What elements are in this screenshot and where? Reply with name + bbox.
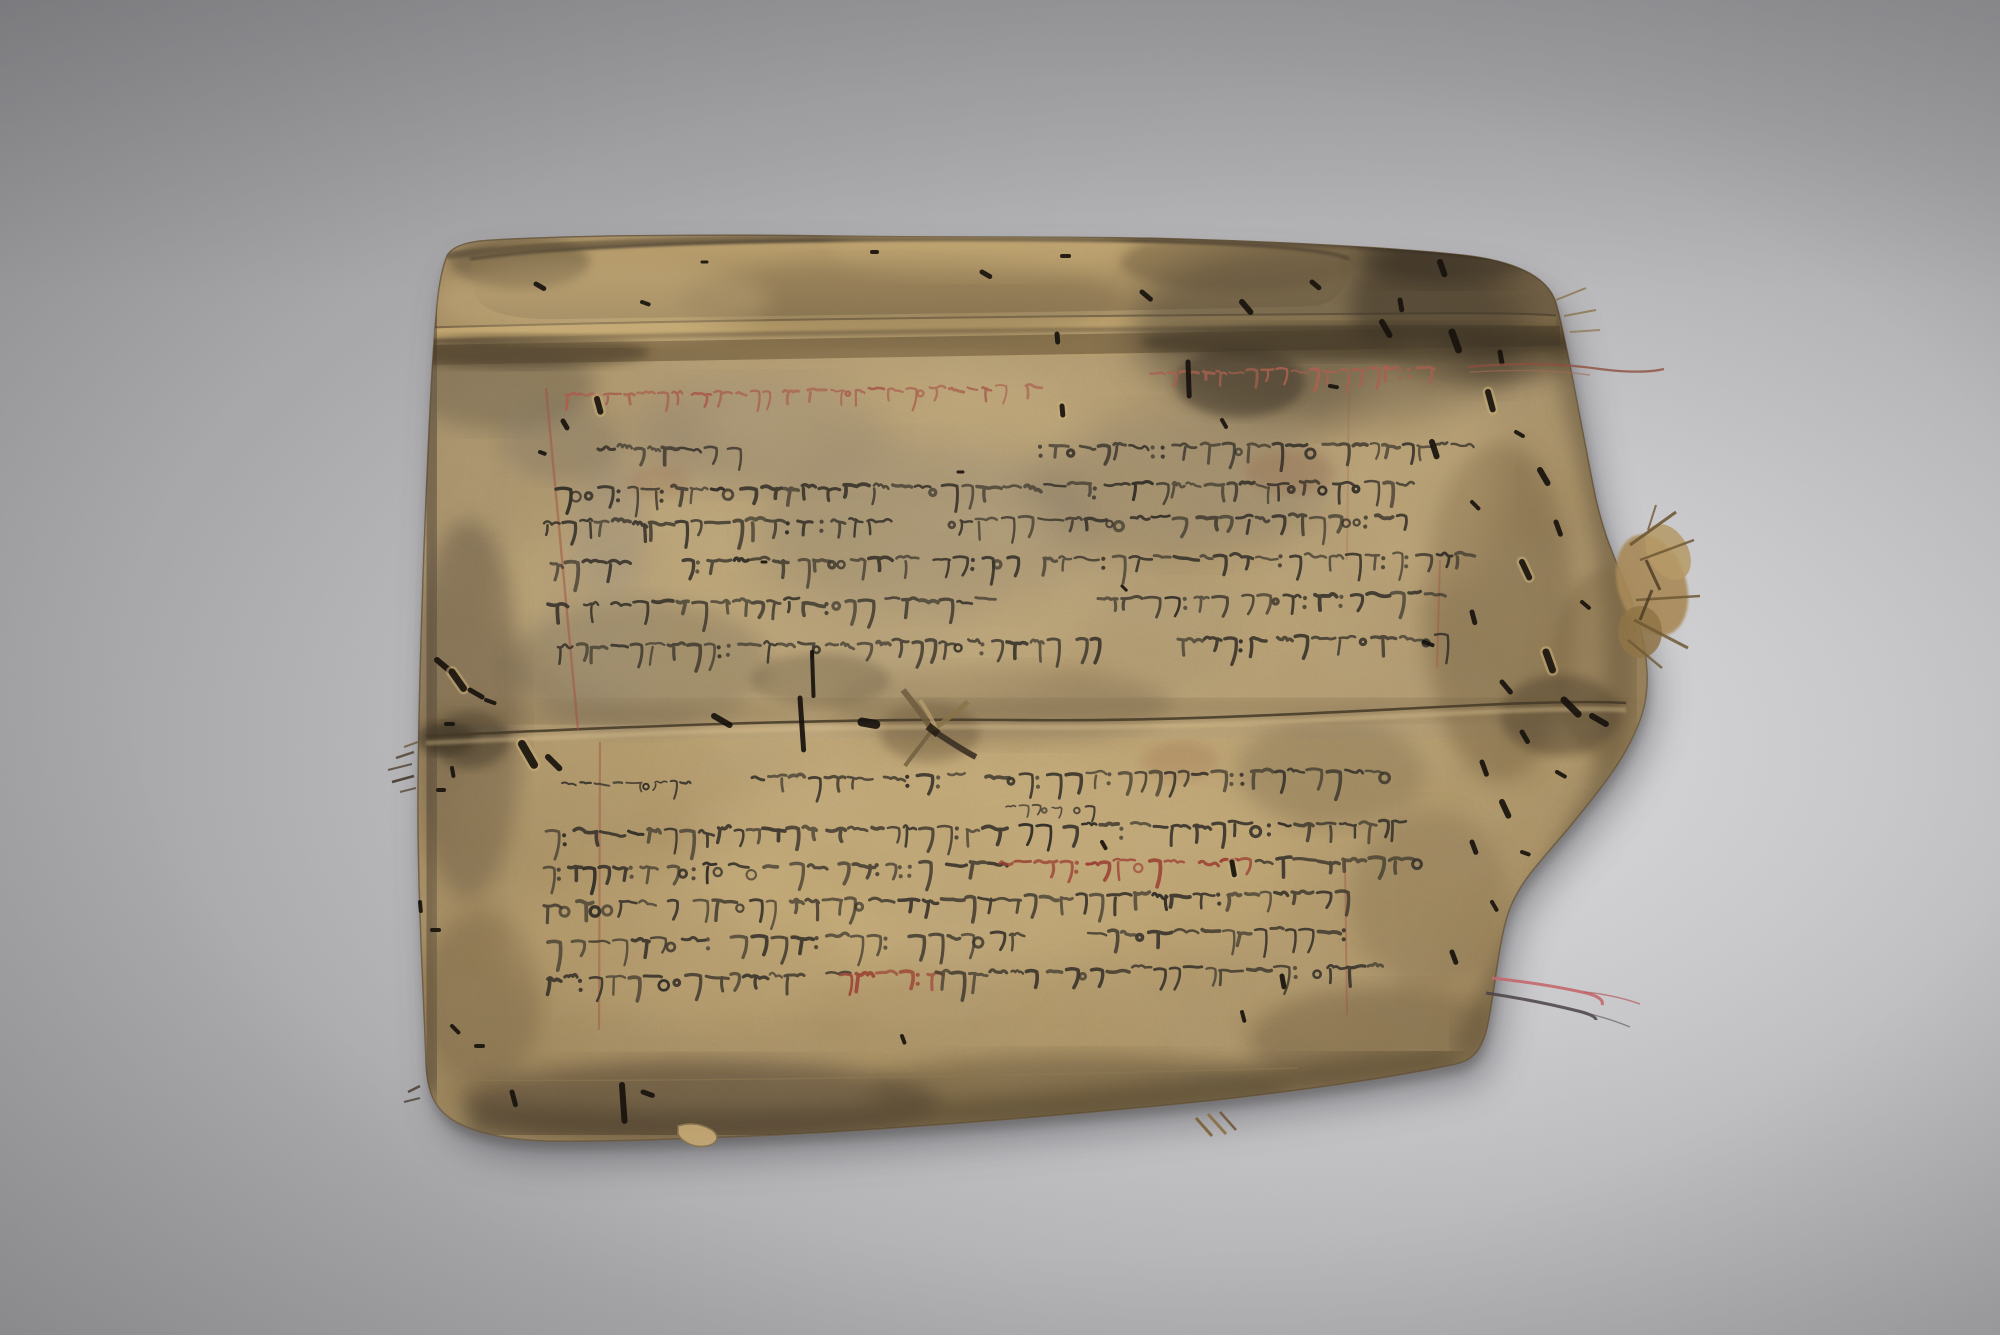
photo-backdrop	[0, 0, 2000, 1335]
photo-grain-overlay	[0, 0, 2000, 1335]
manuscript-photograph	[0, 0, 2000, 1335]
